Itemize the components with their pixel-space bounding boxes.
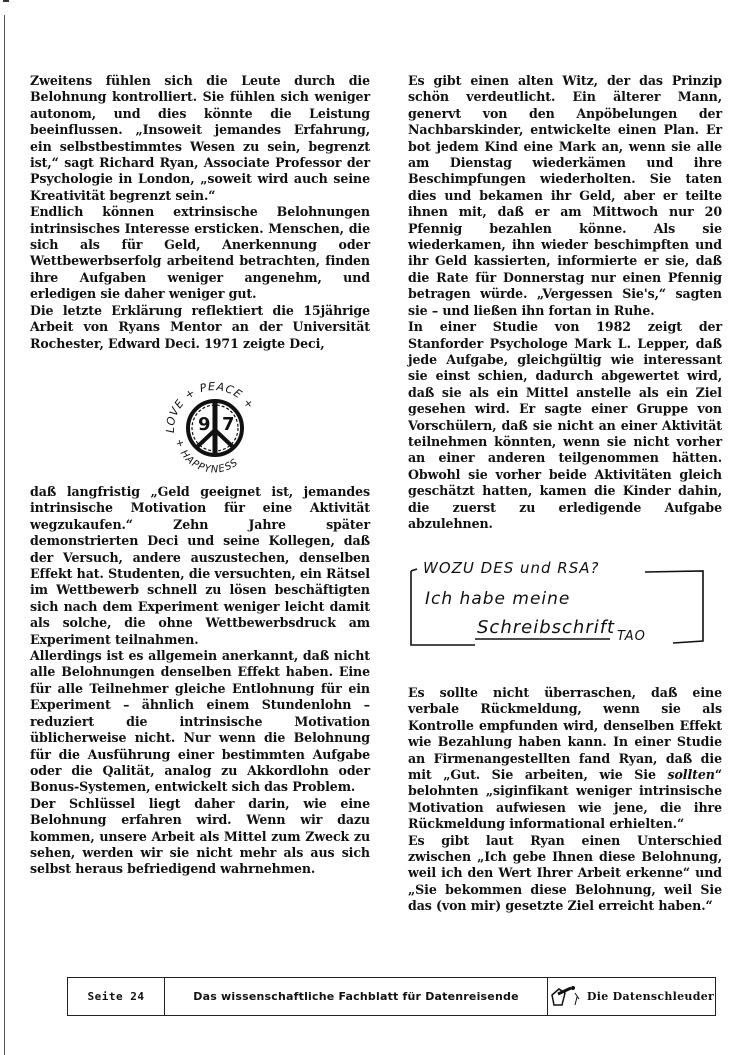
- publication-tagline: Das wissenschaftliche Fachblatt für Date…: [165, 978, 548, 1015]
- page-number: Seite 24: [68, 978, 165, 1015]
- paragraph: Der Schlüssel liegt daher darin, wie ein…: [30, 796, 370, 878]
- paragraph: Es sollte nicht überraschen, daß eine ve…: [408, 685, 722, 833]
- paragraph: Es gibt einen alten Witz, der das Prinzi…: [408, 73, 722, 319]
- note-line-2: Ich habe meine: [425, 589, 570, 609]
- paragraph: In einer Studie von 1982 zeigt der Stanf…: [408, 319, 722, 532]
- drawing-digit: 9: [198, 414, 211, 435]
- paragraph: Es gibt laut Ryan einen Unterschied zwis…: [408, 833, 722, 915]
- publication-logo: Die Datenschleuder: [548, 978, 715, 1015]
- paragraph: Allerdings ist es allgemein anerkannt, d…: [30, 648, 370, 796]
- left-column-bottom: daß langfristig „Geld geeignet ist, jema…: [30, 484, 370, 878]
- paragraph: Zweitens fühlen sich die Leute durch die…: [30, 73, 370, 204]
- drawing-digit: 7: [222, 414, 235, 435]
- slingshot-logo-icon: [549, 985, 583, 1009]
- page-footer: Seite 24 Das wissenschaftliche Fachblatt…: [67, 977, 716, 1016]
- note-signature: TAO: [617, 629, 646, 644]
- right-column-top: Es gibt einen alten Witz, der das Prinzi…: [408, 73, 722, 532]
- paragraph: Endlich können extrinsische Belohnungen …: [30, 204, 370, 302]
- note-line-3: Schreibschrift: [477, 617, 615, 638]
- paragraph: daß langfristig „Geld geeignet ist, jema…: [30, 484, 370, 648]
- page-edge-mark: [3, 0, 9, 2]
- note-line-1: WOZU DES und RSA?: [423, 559, 599, 577]
- paragraph: Die letzte Erklärung reflektiert die 15j…: [30, 303, 370, 352]
- right-column-bottom: Es sollte nicht überraschen, daß eine ve…: [408, 685, 722, 915]
- peace-sign-drawing-icon: 9 7 LOVE + PEACE + + HAPPYNESS: [160, 378, 265, 473]
- logo-text: Die Datenschleuder: [587, 990, 714, 1003]
- emphasized-word: sollten: [667, 767, 714, 782]
- handwritten-note: WOZU DES und RSA? Ich habe meine Schreib…: [405, 557, 705, 657]
- page-edge-line: [4, 15, 5, 1055]
- left-column-top: Zweitens fühlen sich die Leute durch die…: [30, 73, 370, 352]
